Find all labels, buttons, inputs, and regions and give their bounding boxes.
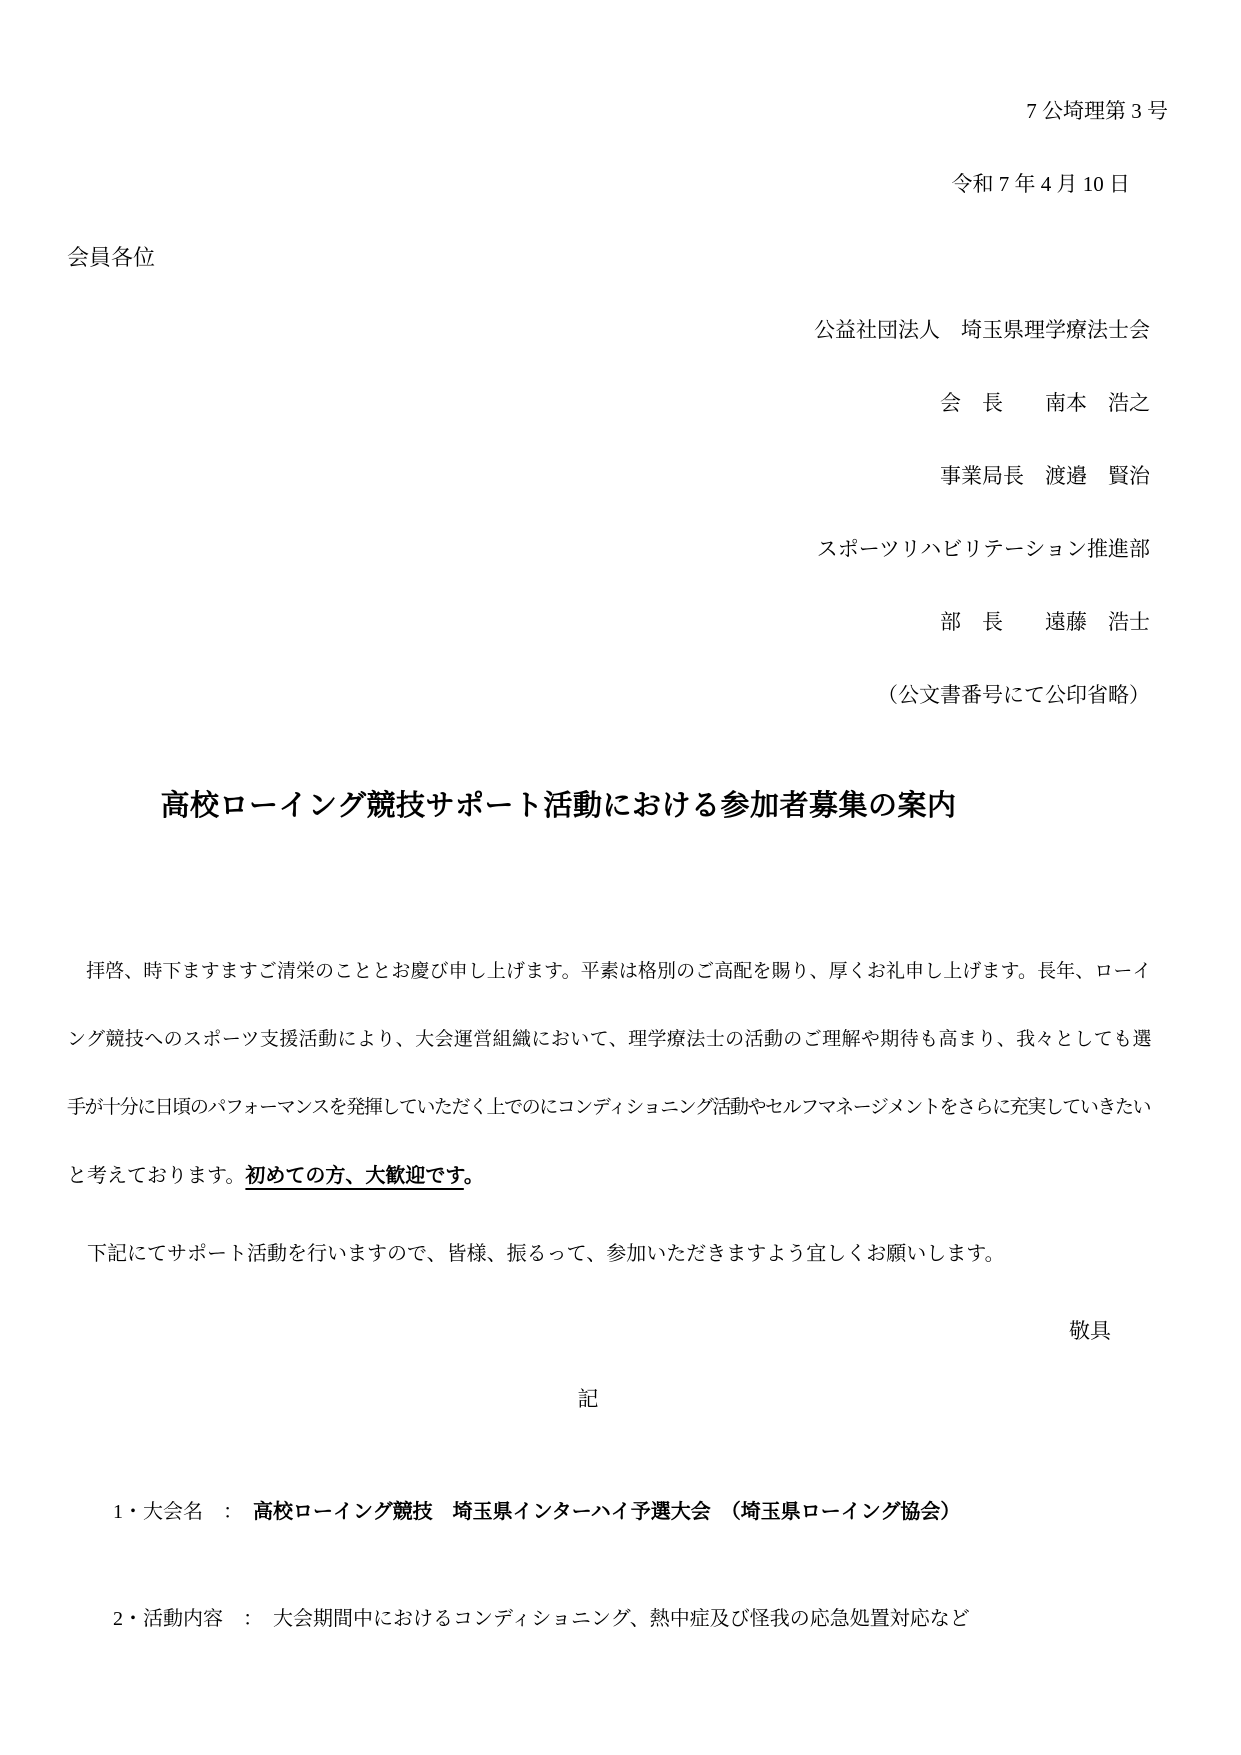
sender-business-director: 事業局長 渡邉 賢治	[67, 440, 1150, 513]
sender-department-manager: 部 長 遠藤 浩士	[67, 586, 1150, 659]
sender-block: 公益社団法人 埼玉県理学療法士会 会 長 南本 浩之 事業局長 渡邉 賢治 スポ…	[67, 294, 1150, 732]
document-page: 7 公埼理第 3 号 令和 7 年 4 月 10 日 会員各位 公益社団法人 埼…	[0, 0, 1241, 1755]
document-number: 7 公埼理第 3 号	[67, 75, 1168, 148]
item-value-activity: 大会期間中におけるコンディショニング、熱中症及び怪我の応急処置対応など	[273, 1608, 970, 1630]
item-value-event: 高校ローイング競技 埼玉県インターハイ予選大会 （埼玉県ローイング協会）	[253, 1501, 960, 1523]
sender-organization: 公益社団法人 埼玉県理学療法士会	[67, 294, 1150, 367]
item-label: 1・大会名 ：	[113, 1501, 253, 1523]
closing-keigu: 敬具	[67, 1298, 1150, 1366]
paragraph-line: 拝啓、時下ますますご清栄のこととお慶び申し上げます。平素は格別のご高配を賜り、厚…	[67, 938, 1150, 1006]
paragraph-text: 。	[464, 1165, 484, 1187]
addressee: 会員各位	[67, 221, 1150, 294]
record-marker-ki: 記	[67, 1366, 1150, 1434]
detail-items: 1・大会名 ： 高校ローイング競技 埼玉県インターハイ予選大会 （埼玉県ローイン…	[67, 1478, 1150, 1653]
emphasis-first-timers-welcome: 初めての方、大歓迎です	[245, 1165, 463, 1187]
paragraph-line: ング競技へのスポーツ支援活動により、大会運営組織において、理学療法士の活動のご理…	[67, 1006, 1150, 1074]
document-date: 令和 7 年 4 月 10 日	[67, 148, 1150, 221]
seal-omission-note: （公文書番号にて公印省略）	[67, 659, 1150, 732]
paragraph-line: と考えております。初めての方、大歓迎です。	[67, 1142, 1150, 1210]
paragraph-text: と考えております。	[67, 1165, 245, 1187]
sender-department: スポーツリハビリテーション推進部	[67, 513, 1150, 586]
document-title: 高校ローイング競技サポート活動における参加者募集の案内	[67, 786, 1150, 826]
item-event-name: 1・大会名 ： 高校ローイング競技 埼玉県インターハイ予選大会 （埼玉県ローイン…	[67, 1478, 1150, 1546]
paragraph-line: 手が十分に日頃のパフォーマンスを発揮していただく上でのにコンディショニング活動や…	[67, 1074, 1150, 1142]
body-paragraph-greeting: 拝啓、時下ますますご清栄のこととお慶び申し上げます。平素は格別のご高配を賜り、厚…	[67, 938, 1150, 1210]
sender-president: 会 長 南本 浩之	[67, 367, 1150, 440]
body-paragraph-invitation: 下記にてサポート活動を行いますので、皆様、振るって、参加いただきますよう宜しくお…	[67, 1220, 1150, 1288]
item-label: 2・活動内容 ：	[113, 1608, 273, 1630]
item-activity-content: 2・活動内容 ： 大会期間中におけるコンディショニング、熱中症及び怪我の応急処置…	[67, 1585, 1150, 1653]
